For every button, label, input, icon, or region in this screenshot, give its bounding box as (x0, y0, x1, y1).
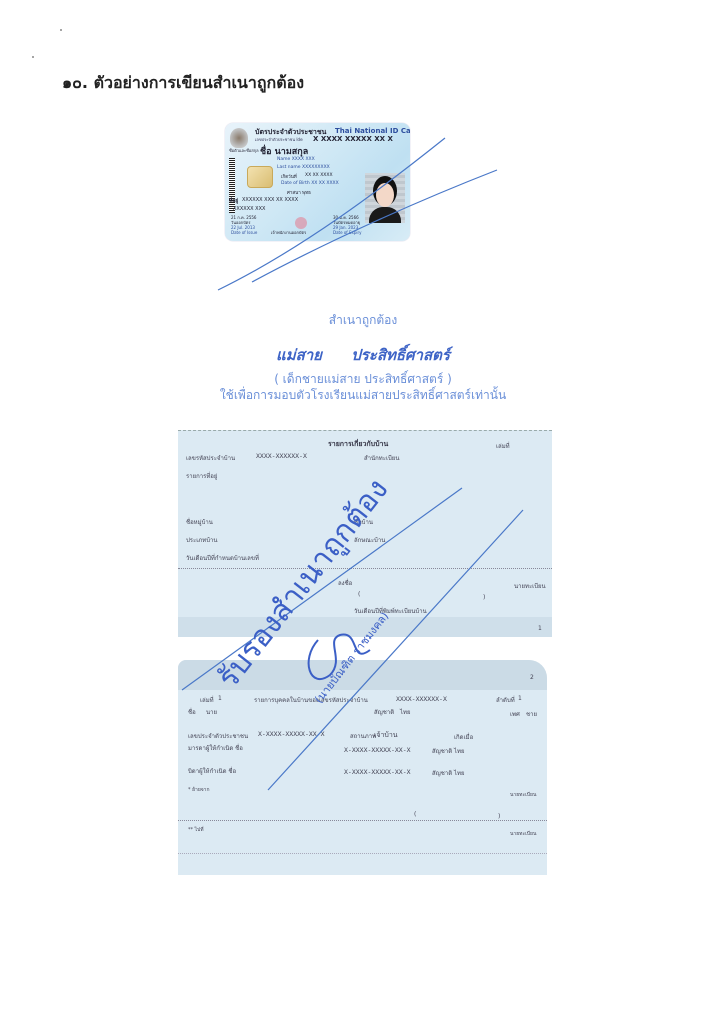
moved-out-label: ** ไปที่ (188, 826, 204, 834)
portrait-head-icon (376, 183, 394, 207)
order-label: ลำดับที่ (496, 695, 515, 705)
book-no-label: เล่มที่ (496, 441, 510, 451)
house-name-label: ชื่อบ้าน (354, 517, 373, 527)
section-heading: ๑๐. ตัวอย่างการเขียนสำเนาถูกต้อง (62, 71, 304, 96)
print-date-label: วันเดือนปีที่พิมพ์ทะเบียนบ้าน (354, 606, 427, 616)
usage-purpose-note: ใช้เพื่อการมอบตัวโรงเรียนแม่สายประสิทธิ์… (0, 386, 726, 405)
page-number: 1 (538, 625, 542, 632)
registry-office-label: สำนักทะเบียน (364, 453, 399, 463)
address-line-1: XXXXXX XXX XX XXXX (242, 197, 298, 203)
id-card-title-en: Thai National ID Card (335, 127, 410, 135)
address-label: รายการที่อยู่ (186, 471, 217, 481)
father-label: บิดาผู้ให้กำเนิด ชื่อ (188, 766, 236, 776)
expiry-date-en-label: Date of Expiry (333, 230, 362, 235)
sex: ชาย (526, 709, 537, 719)
book-no: 1 (218, 695, 222, 702)
smart-chip-icon (247, 166, 273, 188)
citizen-id: X-XXXX-XXXXX-XX-X (258, 730, 325, 738)
title-prefix: นาย (206, 707, 217, 717)
official-seal-icon (295, 217, 307, 229)
scan-speck (32, 56, 34, 58)
name-th: ชื่อ นามสกุล (260, 144, 308, 158)
birth-th: XX XX XXXX (305, 173, 333, 178)
village-label: ชื่อหมู่บ้าน (186, 517, 213, 527)
divider-line (178, 820, 547, 821)
father-id: X-XXXX-XXXXX-XX-X (344, 768, 411, 776)
status-label: สถานภาพ (350, 731, 376, 741)
scan-speck (60, 29, 62, 31)
registrar-label: นายทะเบียน (510, 791, 536, 799)
mother-label: มารดาผู้ให้กำเนิด ชื่อ (188, 743, 243, 753)
house-code-label: เลขรหัสประจำบ้าน (186, 453, 235, 463)
page-number: 2 (530, 674, 534, 681)
born-label: เกิดเมื่อ (454, 732, 473, 742)
divider-line (178, 853, 547, 854)
thai-id-card-image: บัตรประจำตัวประชาชน Thai National ID Car… (225, 123, 410, 241)
moved-in-label: * ย้ายจาก (188, 786, 210, 794)
date-assigned-label: วันเดือนปีที่กำหนดบ้านเลขที่ (186, 553, 259, 563)
paren-open: ( (414, 811, 416, 818)
persons-list-title: รายการบุคคลในบ้านของเลขรหัสประจำบ้าน (254, 695, 368, 705)
registrar-label: นายทะเบียน (514, 581, 546, 591)
birth-label-th: เกิดวันที่ (281, 173, 297, 180)
address-line-2: XXXXXX XXX (233, 206, 265, 212)
paren-close: ) (483, 594, 485, 601)
page-header-band (178, 660, 547, 690)
status: เจ้าบ้าน (374, 730, 398, 741)
father-nationality: สัญชาติ ไทย (432, 768, 465, 778)
birth-en: Date of Birth XX XX XXXX (281, 181, 339, 186)
address-label: ที่อยู่ (229, 197, 238, 205)
house-type-label: ประเภทบ้าน (186, 535, 218, 545)
house-registration-page-1: รายการเกี่ยวกับบ้าน เล่มที่ เลขรหัสประจำ… (178, 430, 552, 637)
book-no-label: เล่มที่ (200, 695, 214, 705)
religion: ศาสนา พุทธ (287, 189, 311, 196)
citizen-id-label: เลขประจำตัวประชาชน (188, 731, 248, 741)
nationality: ไทย (400, 707, 411, 717)
paren-open: ( (358, 591, 360, 598)
signed-label: ลงชื่อ (338, 578, 352, 588)
id-number: X XXXX XXXXX XX X (313, 135, 393, 143)
officer-label: เจ้าพนักงานออกบัตร (271, 229, 306, 236)
house-registration-page-2: 2 เล่มที่ 1 รายการบุคคลในบ้านของเลขรหัสป… (178, 660, 547, 875)
page-footer-band (178, 617, 552, 637)
page1-title: รายการเกี่ยวกับบ้าน (328, 439, 388, 450)
issue-date-en-label: Date of Issue (231, 230, 257, 235)
registrar-label-2: นายทะเบียน (510, 830, 536, 838)
name-label-th: ชื่อตัวและชื่อสกุล (229, 147, 259, 154)
name-en: Name XXXX XXX (277, 157, 315, 162)
mother-nationality: สัญชาติ ไทย (432, 746, 465, 756)
house-code: XXXX-XXXXXX-X (396, 695, 447, 703)
name-label: ชื่อ (188, 707, 196, 717)
lastname-en: Last name XXXXXXXXX (277, 165, 330, 170)
order-no: 1 (518, 695, 522, 702)
paren-close: ) (498, 813, 500, 820)
garuda-emblem-icon (230, 128, 248, 148)
divider-line (178, 568, 552, 569)
certified-copy-text: สำเนาถูกต้อง (0, 311, 726, 330)
house-character-label: ลักษณะบ้าน (354, 535, 385, 545)
sex-label: เพศ (510, 709, 520, 719)
mother-id: X-XXXX-XXXXX-XX-X (344, 746, 411, 754)
id-number-label: เลขประจำตัวประชาชน Identification Number (255, 136, 303, 143)
nationality-label: สัญชาติ (374, 707, 394, 717)
house-code: XXXX-XXXXXX-X (256, 452, 307, 460)
handwritten-signature: แม่สาย ประสิทธิ์ศาสตร์ (0, 343, 726, 367)
